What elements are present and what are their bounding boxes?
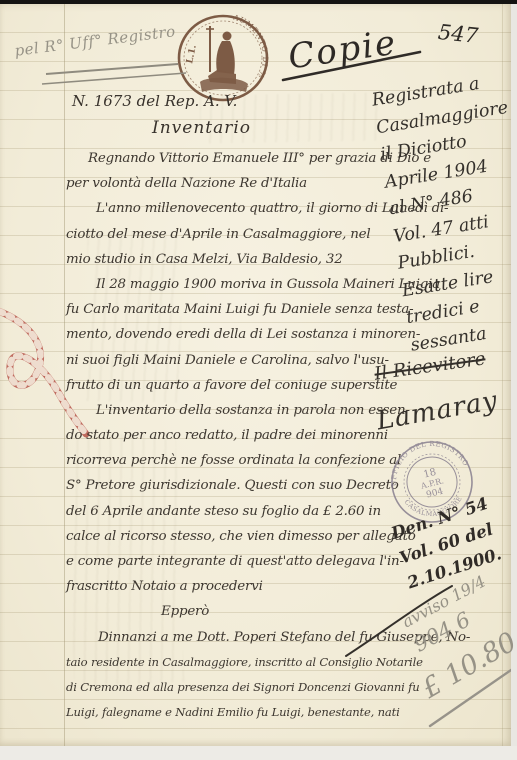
act-body-line: fu Carlo maritata Maini Luigi fu Daniele… — [66, 297, 382, 322]
act-body-line: Dinnanzi a me Dott. Poperi Stefano del f… — [66, 625, 382, 650]
act-body-line: ricorreva perchè ne fosse ordinata la co… — [66, 448, 382, 473]
seal-arc-text: AUMENTO DI ⅖ — [231, 12, 270, 80]
act-body-line: L'anno millenovecento quattro, il giorno… — [66, 196, 382, 221]
paper-sheet: pel R° Uff° Registro L.1. AUMENTO DI ⅖ C… — [0, 4, 511, 746]
act-body-line: mio studio in Casa Melzi, Via Baldesio, … — [66, 247, 382, 272]
seal-value: L.1. — [185, 44, 199, 65]
act-body-line: Il 28 maggio 1900 moriva in Gussola Main… — [66, 272, 382, 297]
act-body-line: Luigi, falegname e Nadini Emilio fu Luig… — [66, 700, 382, 725]
act-body-line: calce al ricorso stesso, che vien dimess… — [66, 524, 382, 549]
act-body-line: L'inventario della sostanza in parola no… — [66, 398, 382, 423]
act-body-line: do stato per anco redatto, il padre dei … — [66, 423, 382, 448]
act-body-line: per volontà della Nazione Re d'Italia — [66, 171, 382, 196]
copy-label: Copie — [286, 23, 400, 78]
folio-number: 547 — [437, 20, 479, 48]
act-body-line: Regnando Vittorio Emanuele III° per graz… — [66, 146, 382, 171]
act-body-line: frutto di un quarto a favore del coniuge… — [66, 373, 382, 398]
act-body-line: S° Pretore giurisdizionale. Questi con s… — [66, 473, 382, 498]
act-body-line: taio residente in Casalmaggiore, inscrit… — [66, 650, 382, 675]
act-body-line: ni suoi figli Maini Daniele e Carolina, … — [66, 348, 382, 373]
scan-bottom-edge — [0, 746, 517, 760]
act-body-line: di Cremona ed alla presenza dei Signori … — [66, 675, 382, 700]
revenue-stamp-seal: L.1. AUMENTO DI ⅖ — [170, 12, 276, 104]
seated-figure-icon — [200, 26, 248, 92]
repertory-line: N. 1673 del Rep. A. V. — [72, 92, 237, 110]
receiver-signature: Lamaray — [374, 386, 500, 437]
act-body-line: ciotto del mese d'Aprile in Casalmaggior… — [66, 222, 382, 247]
pencil-underline-stroke — [46, 64, 178, 74]
act-title: Inventario — [152, 118, 251, 138]
pencil-registry-note: pel R° Uff° Registro — [14, 22, 177, 60]
act-body-line: Epperò — [66, 599, 382, 624]
act-body-line: mento, dovendo eredi della di Lei sostan… — [66, 322, 382, 347]
act-body-line: frascritto Notaio a procedervi — [66, 574, 382, 599]
act-body: Regnando Vittorio Emanuele III° per graz… — [66, 146, 382, 725]
svg-text:AUMENTO DI ⅖: AUMENTO DI ⅖ — [231, 12, 270, 80]
act-body-line: del 6 Aprile andante steso su foglio da … — [66, 499, 382, 524]
act-body-line: e come parte integrante di quest'atto de… — [66, 549, 382, 574]
